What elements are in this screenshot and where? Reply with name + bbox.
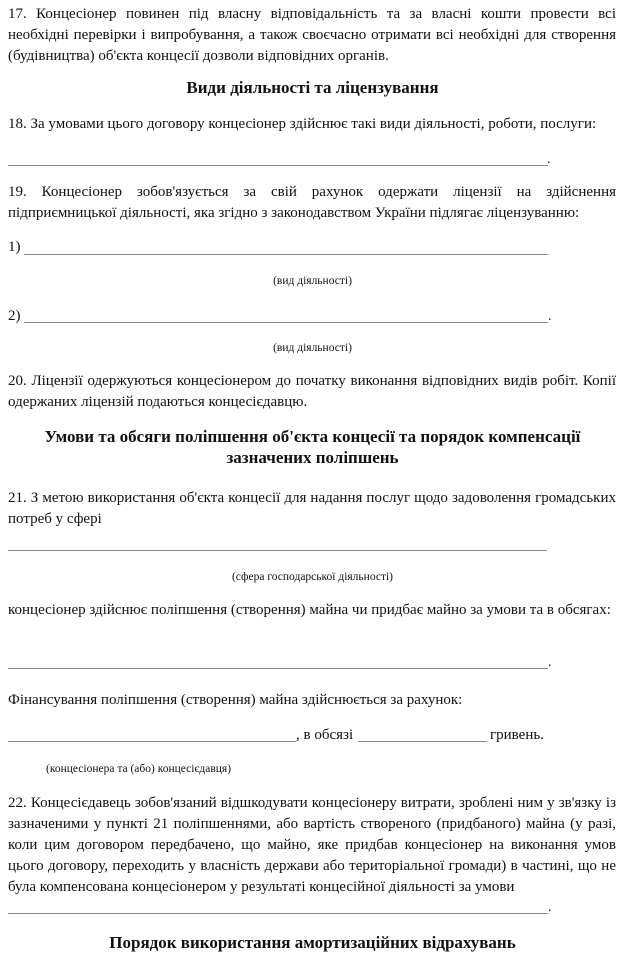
heading-licensing: Види діяльності та ліцензування bbox=[0, 77, 625, 99]
caption-activity-type-1: (вид діяльності) bbox=[0, 274, 625, 288]
blank-field-license-1[interactable] bbox=[24, 254, 548, 255]
caption-sphere: (сфера господарської діяльності) bbox=[0, 570, 625, 584]
clause-20: 20. Ліцензії одержуються концесіонером д… bbox=[8, 371, 616, 413]
period: . bbox=[547, 153, 551, 167]
blank-field-license-2[interactable] bbox=[24, 322, 548, 323]
in-amount-label: , в обсязі bbox=[296, 726, 353, 744]
clause-21: 21. З метою використання об'єкта концесі… bbox=[8, 488, 616, 530]
period: . bbox=[548, 656, 552, 670]
list-label-2: 2) bbox=[8, 307, 21, 325]
heading-depreciation: Порядок використання амортизаційних відр… bbox=[0, 932, 625, 954]
currency-label: гривень. bbox=[490, 726, 544, 744]
blank-field-terms[interactable] bbox=[8, 913, 548, 914]
blank-field-financing-source[interactable] bbox=[8, 741, 296, 742]
clause-19: 19. Концесіонер зобов'язується за свій р… bbox=[8, 182, 616, 224]
blank-field-conditions[interactable] bbox=[8, 668, 548, 669]
caption-activity-type-2: (вид діяльності) bbox=[0, 341, 625, 355]
clause-22: 22. Концесієдавець зобов'язаний відшкоду… bbox=[8, 793, 616, 898]
caption-payer: (концесіонера та (або) концесієдавця) bbox=[46, 762, 231, 776]
clause-18: 18. За умовами цього договору концесіоне… bbox=[8, 114, 616, 135]
list-label-1: 1) bbox=[8, 238, 21, 256]
period: . bbox=[548, 901, 552, 915]
financing-text: Фінансування поліпшення (створення) майн… bbox=[8, 690, 616, 711]
heading-improvements-line1: Умови та обсяги поліпшення об'єкта конце… bbox=[0, 426, 625, 448]
clause-21-continued: концесіонер здійснює поліпшення (створен… bbox=[8, 600, 616, 621]
blank-field-activities[interactable] bbox=[8, 165, 548, 166]
clause-17: 17. Концесіонер повинен під власну відпо… bbox=[8, 4, 616, 67]
heading-improvements-line2: зазначених поліпшень bbox=[0, 447, 625, 469]
blank-field-sphere[interactable] bbox=[8, 550, 547, 551]
blank-field-amount[interactable] bbox=[358, 741, 487, 742]
period: . bbox=[548, 310, 552, 324]
